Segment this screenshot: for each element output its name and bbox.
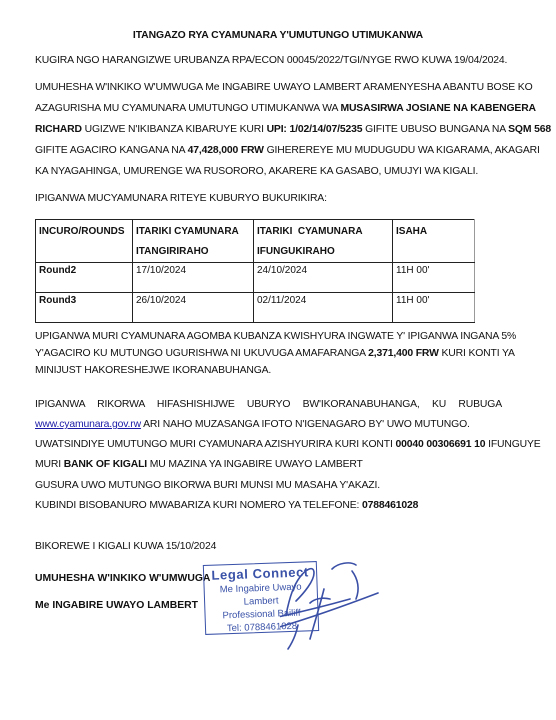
para2-line2: Y'AGACIRO KU MUTUNGO UGURISHWA NI UKUVUG… xyxy=(35,348,502,360)
header-time: ISAHA xyxy=(393,220,475,263)
para3-line1: IPIGANWA RIKORWA HIFASHISHIJWE UBURYO BW… xyxy=(35,399,502,411)
para4-line2: MURI BANK OF KIGALI MU MAZINA YA INGABIR… xyxy=(35,459,502,471)
table-header-row: INCURO/ROUNDS ITARIKI CYAMUNARAITANGIRIR… xyxy=(36,220,475,263)
text: AZAGURISHA MU CYAMUNARA UMUTUNGO UTIMUKA… xyxy=(35,103,340,114)
text: MURI xyxy=(35,459,64,470)
para1-line4: GIFITE AGACIRO KANGANA NA 47,428,000 FRW… xyxy=(35,145,502,157)
text: IFUNGUYE xyxy=(485,439,540,450)
auction-rounds-table: INCURO/ROUNDS ITARIKI CYAMUNARAITANGIRIR… xyxy=(35,219,475,323)
text: KUBINDI BISOBANURO MWABARIZA KURI NOMERO… xyxy=(35,500,362,511)
table-row: Round3 26/10/2024 02/11/2024 11H 00' xyxy=(36,293,475,323)
cyamunara-website-link[interactable]: www.cyamunara.gov.rw xyxy=(35,419,141,430)
handwritten-signature-icon xyxy=(280,555,380,655)
header-text: ISAHA xyxy=(396,226,427,237)
account-number: 00040 00306691 10 xyxy=(395,439,485,450)
header-start-date: ITARIKI CYAMUNARAITANGIRIRAHO xyxy=(133,220,254,263)
text: MU MAZINA YA INGABIRE UWAYO LAMBERT xyxy=(147,459,363,470)
signatory-role: UMUHESHA W'INKIKO W'UMWUGA xyxy=(35,573,210,584)
cell-end: 24/10/2024 xyxy=(254,263,393,293)
visit-line: GUSURA UWO MUTUNGO BIKORWA BURI MUNSI MU… xyxy=(35,480,502,492)
text: GIFITE UBUSO BUNGANA NA xyxy=(362,124,508,135)
header-rounds: INCURO/ROUNDS xyxy=(36,220,133,263)
para2-line3: MINIJUST HAKORESHEJWE IKORANABUHANGA. xyxy=(35,365,502,377)
header-text: INCURO/ROUNDS xyxy=(39,226,125,237)
table-row: Round2 17/10/2024 24/10/2024 11H 00' xyxy=(36,263,475,293)
header-end-date: ITARIKI CYAMUNARAIFUNGUKIRAHO xyxy=(254,220,393,263)
text: ARI NAHO MUZASANGA IFOTO N'IGENAGARO BY'… xyxy=(141,419,470,430)
text: UWATSINDIYE UMUTUNGO MURI CYAMUNARA AZIS… xyxy=(35,439,395,450)
plot-size: SQM 568 xyxy=(508,124,551,135)
header-text: IFUNGUKIRAHO xyxy=(257,246,335,257)
para1-line2: AZAGURISHA MU CYAMUNARA UMUTUNGO UTIMUKA… xyxy=(35,103,502,115)
para3-line2: www.cyamunara.gov.rw ARI NAHO MUZASANGA … xyxy=(35,419,502,431)
text: UGIZWE N'IKIBANZA KIBARUYE KURI xyxy=(82,124,267,135)
text: KURI KONTI YA xyxy=(439,348,515,359)
cell-start: 26/10/2024 xyxy=(133,293,254,323)
signatory-name: Me INGABIRE UWAYO LAMBERT xyxy=(35,600,198,611)
cell-end: 02/11/2024 xyxy=(254,293,393,323)
auction-notice-page: ITANGAZO RYA CYAMUNARA Y'UMUTUNGO UTIMUK… xyxy=(0,0,556,720)
owner-name-end: RICHARD xyxy=(35,124,82,135)
text: GIFITE AGACIRO KANGANA NA xyxy=(35,145,188,156)
intro-line: KUGIRA NGO HARANGIZWE URUBANZA RPA/ECON … xyxy=(35,55,502,67)
owner-names: MUSASIRWA JOSIANE NA KABENGERA xyxy=(340,103,535,114)
para1-line5: KA NYAGAHINGA, UMURENGE WA RUSORORO, AKA… xyxy=(35,166,502,178)
para1-line3: RICHARD UGIZWE N'IKIBANZA KIBARUYE KURI … xyxy=(35,124,502,136)
contact-phone: 0788461028 xyxy=(362,500,418,511)
header-text: ITANGIRIRAHO xyxy=(136,246,209,257)
text: Y'AGACIRO KU MUTUNGO UGURISHWA NI UKUVUG… xyxy=(35,348,368,359)
header-text: ITARIKI CYAMUNARA xyxy=(136,226,239,237)
document-title: ITANGAZO RYA CYAMUNARA Y'UMUTUNGO UTIMUK… xyxy=(0,30,556,41)
bank-name: BANK OF KIGALI xyxy=(64,459,147,470)
para1-line1: UMUHESHA W'INKIKO W'UMWUGA Me INGABIRE U… xyxy=(35,82,502,94)
cell-round: Round3 xyxy=(36,293,133,323)
upi-number: UPI: 1/02/14/07/5235 xyxy=(267,124,363,135)
place-date: BIKOREWE I KIGALI KUWA 15/10/2024 xyxy=(35,541,502,553)
contact-line: KUBINDI BISOBANURO MWABARIZA KURI NOMERO… xyxy=(35,500,502,512)
deposit-amount: 2,371,400 FRW xyxy=(368,348,439,359)
text: GIHEREREYE MU MUDUGUDU WA KIGARAMA, AKAG… xyxy=(264,145,540,156)
cell-round: Round2 xyxy=(36,263,133,293)
cell-start: 17/10/2024 xyxy=(133,263,254,293)
property-value: 47,428,000 FRW xyxy=(188,145,264,156)
cell-time: 11H 00' xyxy=(393,293,475,323)
para4-line1: UWATSINDIYE UMUTUNGO MURI CYAMUNARA AZIS… xyxy=(35,439,502,451)
header-text: ITARIKI CYAMUNARA xyxy=(257,226,363,237)
cell-time: 11H 00' xyxy=(393,263,475,293)
para2-line1: UPIGANWA MURI CYAMUNARA AGOMBA KUBANZA K… xyxy=(35,331,502,343)
table-intro: IPIGANWA MUCYAMUNARA RITEYE KUBURYO BUKU… xyxy=(35,193,502,205)
